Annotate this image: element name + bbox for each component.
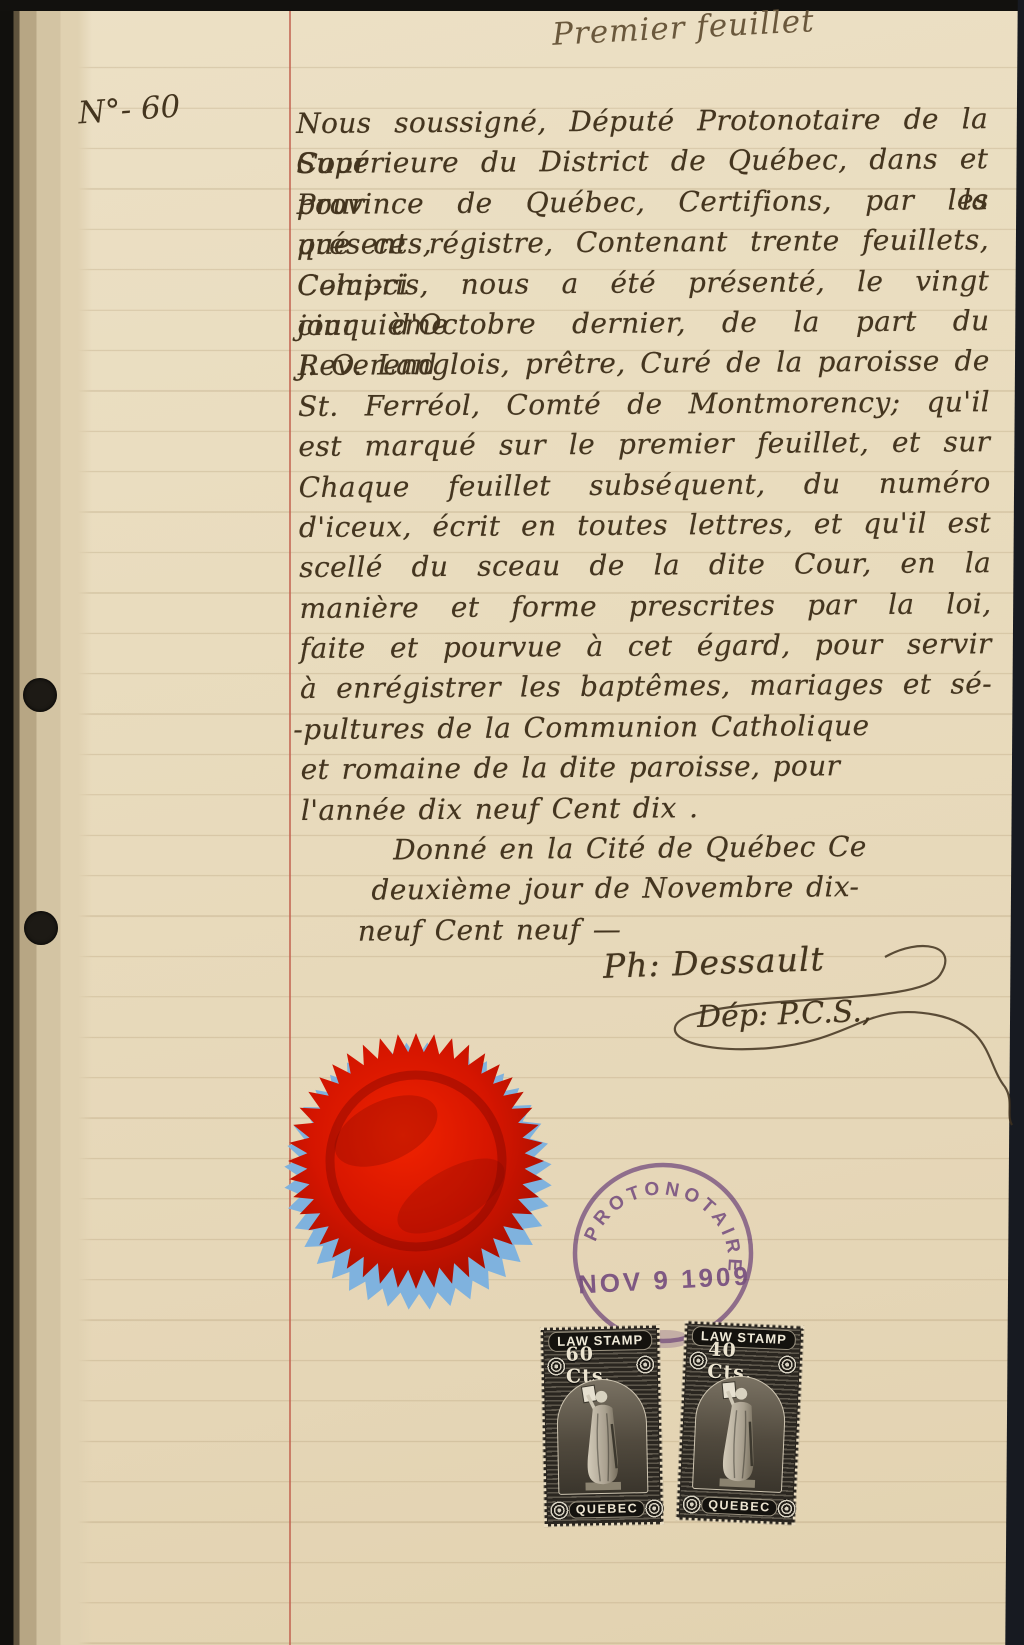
body-line: deuxième jour de Novembre dix-: [301, 867, 993, 912]
law-stamp-vignette: [556, 1378, 648, 1495]
law-stamp-region: QUEBEC: [569, 1500, 646, 1519]
law-stamp-40: LAW STAMP 40 Cts. QUEBEC: [677, 1321, 804, 1524]
punch-hole-bottom: [24, 911, 58, 945]
stamp-date-text: NOV 9 1909: [577, 1260, 751, 1299]
justice-figure-icon: [693, 1375, 786, 1493]
body-text: Nous soussigné, Député Protonotaire de l…: [296, 99, 994, 952]
rosette-icon: [777, 1354, 797, 1374]
body-line: Donné en la Cité de Québec Ce: [301, 826, 993, 871]
body-line: est marqué sur le premier feuillet, et s…: [298, 422, 990, 467]
rosette-icon: [636, 1354, 655, 1373]
rosette-icon: [777, 1498, 797, 1518]
body-line: que ce régistre, Contenant trente feuill…: [297, 220, 989, 265]
body-line: d'iceux, écrit en toutes lettres, et qu'…: [299, 503, 991, 548]
body-line: à enrégistrer les baptêmes, mariages et …: [300, 665, 992, 710]
punch-hole-top: [23, 678, 57, 712]
rosette-icon: [688, 1350, 708, 1370]
signature-title: Dép: P.C.S.,: [696, 994, 871, 1035]
rosette-icon: [550, 1500, 569, 1519]
law-stamp-60: LAW STAMP 60 Cts. QUEBEC: [541, 1326, 663, 1526]
body-line: manière et forme prescrites par la loi,: [299, 584, 991, 629]
scan-edge-top: [0, 0, 1024, 11]
document-scan: Premier feuillet N°- 60 Nous soussigné, …: [0, 0, 1024, 1645]
body-line: J. O. Langlois, prêtre, Curé de la paroi…: [298, 342, 990, 387]
body-line: l'année dix neuf Cent dix .: [301, 786, 993, 831]
body-line: Compris, nous a été présenté, le vingt c…: [297, 261, 989, 306]
rosette-icon: [645, 1498, 664, 1517]
wax-seal: [266, 1011, 566, 1311]
justice-figure-icon: [557, 1379, 647, 1495]
signature-name: Ph: Dessault: [602, 939, 825, 986]
body-line: St. Ferréol, Comté de Montmorency; qu'il: [298, 382, 990, 427]
body-line: Province de Québec, Certifions, par les …: [297, 180, 989, 225]
deckle-edge: [0, 0, 92, 1645]
law-stamp-region: QUEBEC: [701, 1496, 778, 1516]
body-line: -pultures de la Communion Catholique: [293, 705, 992, 750]
body-line: faite et pourvue à cet égard, pour servi…: [300, 624, 992, 669]
body-line: scellé du sceau de la dite Cour, en la: [299, 543, 991, 588]
body-line: Nous soussigné, Député Protonotaire de l…: [296, 99, 988, 144]
body-line: jour d'Octobre dernier, de la part du Re…: [297, 301, 989, 346]
folio-number: N°- 60: [77, 88, 182, 131]
rosette-icon: [547, 1356, 566, 1375]
body-line: Supérieure du District de Québec, dans e…: [296, 140, 988, 185]
body-line: Chaque feuillet subséquent, du numéro: [299, 463, 991, 508]
margin-line: [289, 11, 291, 1645]
rosette-icon: [682, 1494, 702, 1514]
body-line: et romaine de la dite paroisse, pour: [301, 745, 993, 790]
law-stamp-vignette: [692, 1374, 787, 1493]
